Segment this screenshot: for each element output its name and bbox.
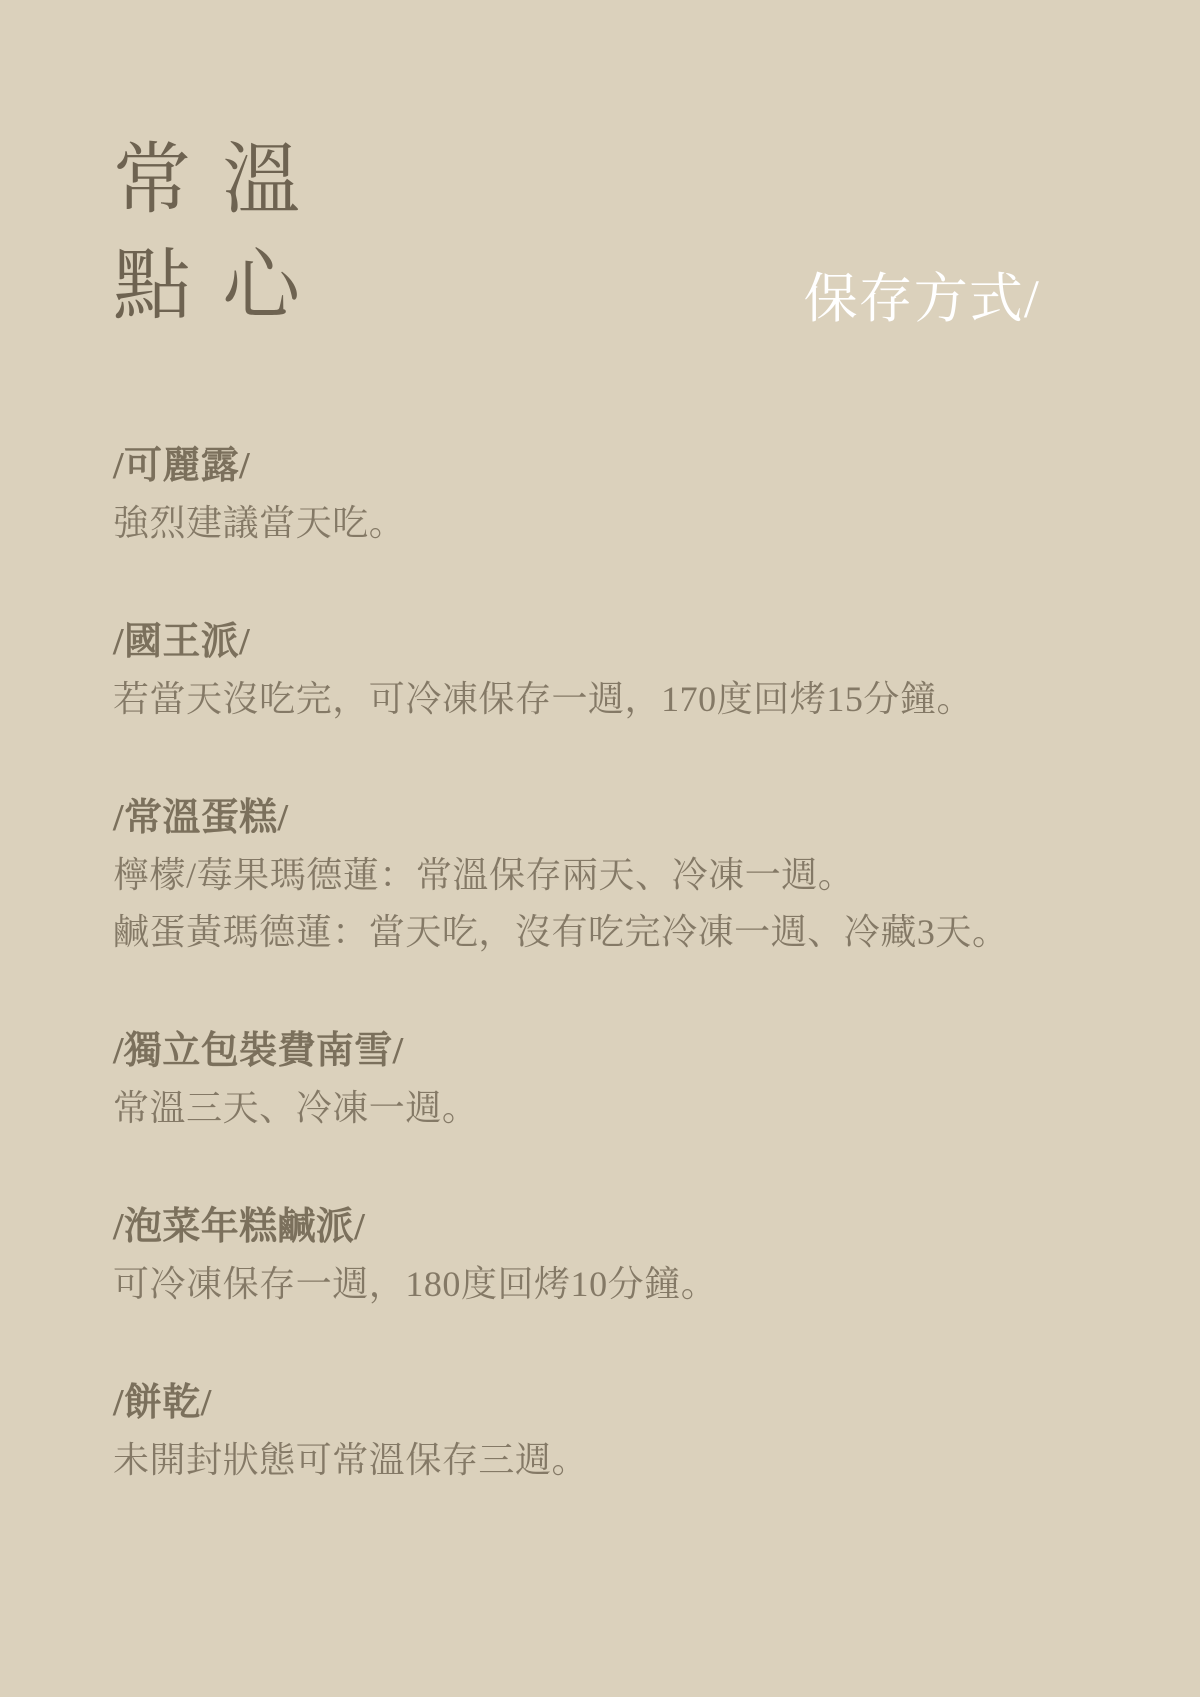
item-description: 常溫三天、冷凍一週。 bbox=[113, 1080, 1110, 1137]
item-description: 強烈建議當天吃。 bbox=[113, 495, 1110, 552]
section-king-cake: /國王派/ 若當天沒吃完，可冷凍保存一週，170度回烤15分鐘。 bbox=[113, 620, 1110, 728]
item-title: /餅乾/ bbox=[113, 1381, 1110, 1425]
item-description: 若當天沒吃完，可冷凍保存一週，170度回烤15分鐘。 bbox=[113, 671, 1110, 728]
storage-sections: /可麗露/ 強烈建議當天吃。 /國王派/ 若當天沒吃完，可冷凍保存一週，170度… bbox=[113, 444, 1110, 1557]
page-title-line1: 常溫 bbox=[113, 127, 331, 233]
section-kimchi-rice-cake-quiche: /泡菜年糕鹹派/ 可冷凍保存一週，180度回烤10分鐘。 bbox=[113, 1205, 1110, 1313]
item-title: /國王派/ bbox=[113, 620, 1110, 664]
item-title: /泡菜年糕鹹派/ bbox=[113, 1205, 1110, 1249]
item-title: /常溫蛋糕/ bbox=[113, 796, 1110, 840]
section-financier: /獨立包裝費南雪/ 常溫三天、冷凍一週。 bbox=[113, 1029, 1110, 1137]
section-cookies: /餅乾/ 未開封狀態可常溫保存三週。 bbox=[113, 1381, 1110, 1489]
item-description: 鹹蛋黃瑪德蓮：當天吃，沒有吃完冷凍一週、冷藏3天。 bbox=[113, 904, 1110, 961]
item-description: 可冷凍保存一週，180度回烤10分鐘。 bbox=[113, 1256, 1110, 1313]
section-room-temp-cake: /常溫蛋糕/ 檸檬/莓果瑪德蓮：常溫保存兩天、冷凍一週。 鹹蛋黃瑪德蓮：當天吃，… bbox=[113, 796, 1110, 961]
storage-method-label: 保存方式/ bbox=[804, 268, 1040, 330]
item-description: 檸檬/莓果瑪德蓮：常溫保存兩天、冷凍一週。 bbox=[113, 847, 1110, 904]
item-title: /可麗露/ bbox=[113, 444, 1110, 488]
item-description: 未開封狀態可常溫保存三週。 bbox=[113, 1432, 1110, 1489]
section-canele: /可麗露/ 強烈建議當天吃。 bbox=[113, 444, 1110, 552]
page-title: 常溫 點心 bbox=[113, 127, 331, 339]
item-title: /獨立包裝費南雪/ bbox=[113, 1029, 1110, 1073]
page-title-line2: 點心 bbox=[113, 233, 331, 339]
